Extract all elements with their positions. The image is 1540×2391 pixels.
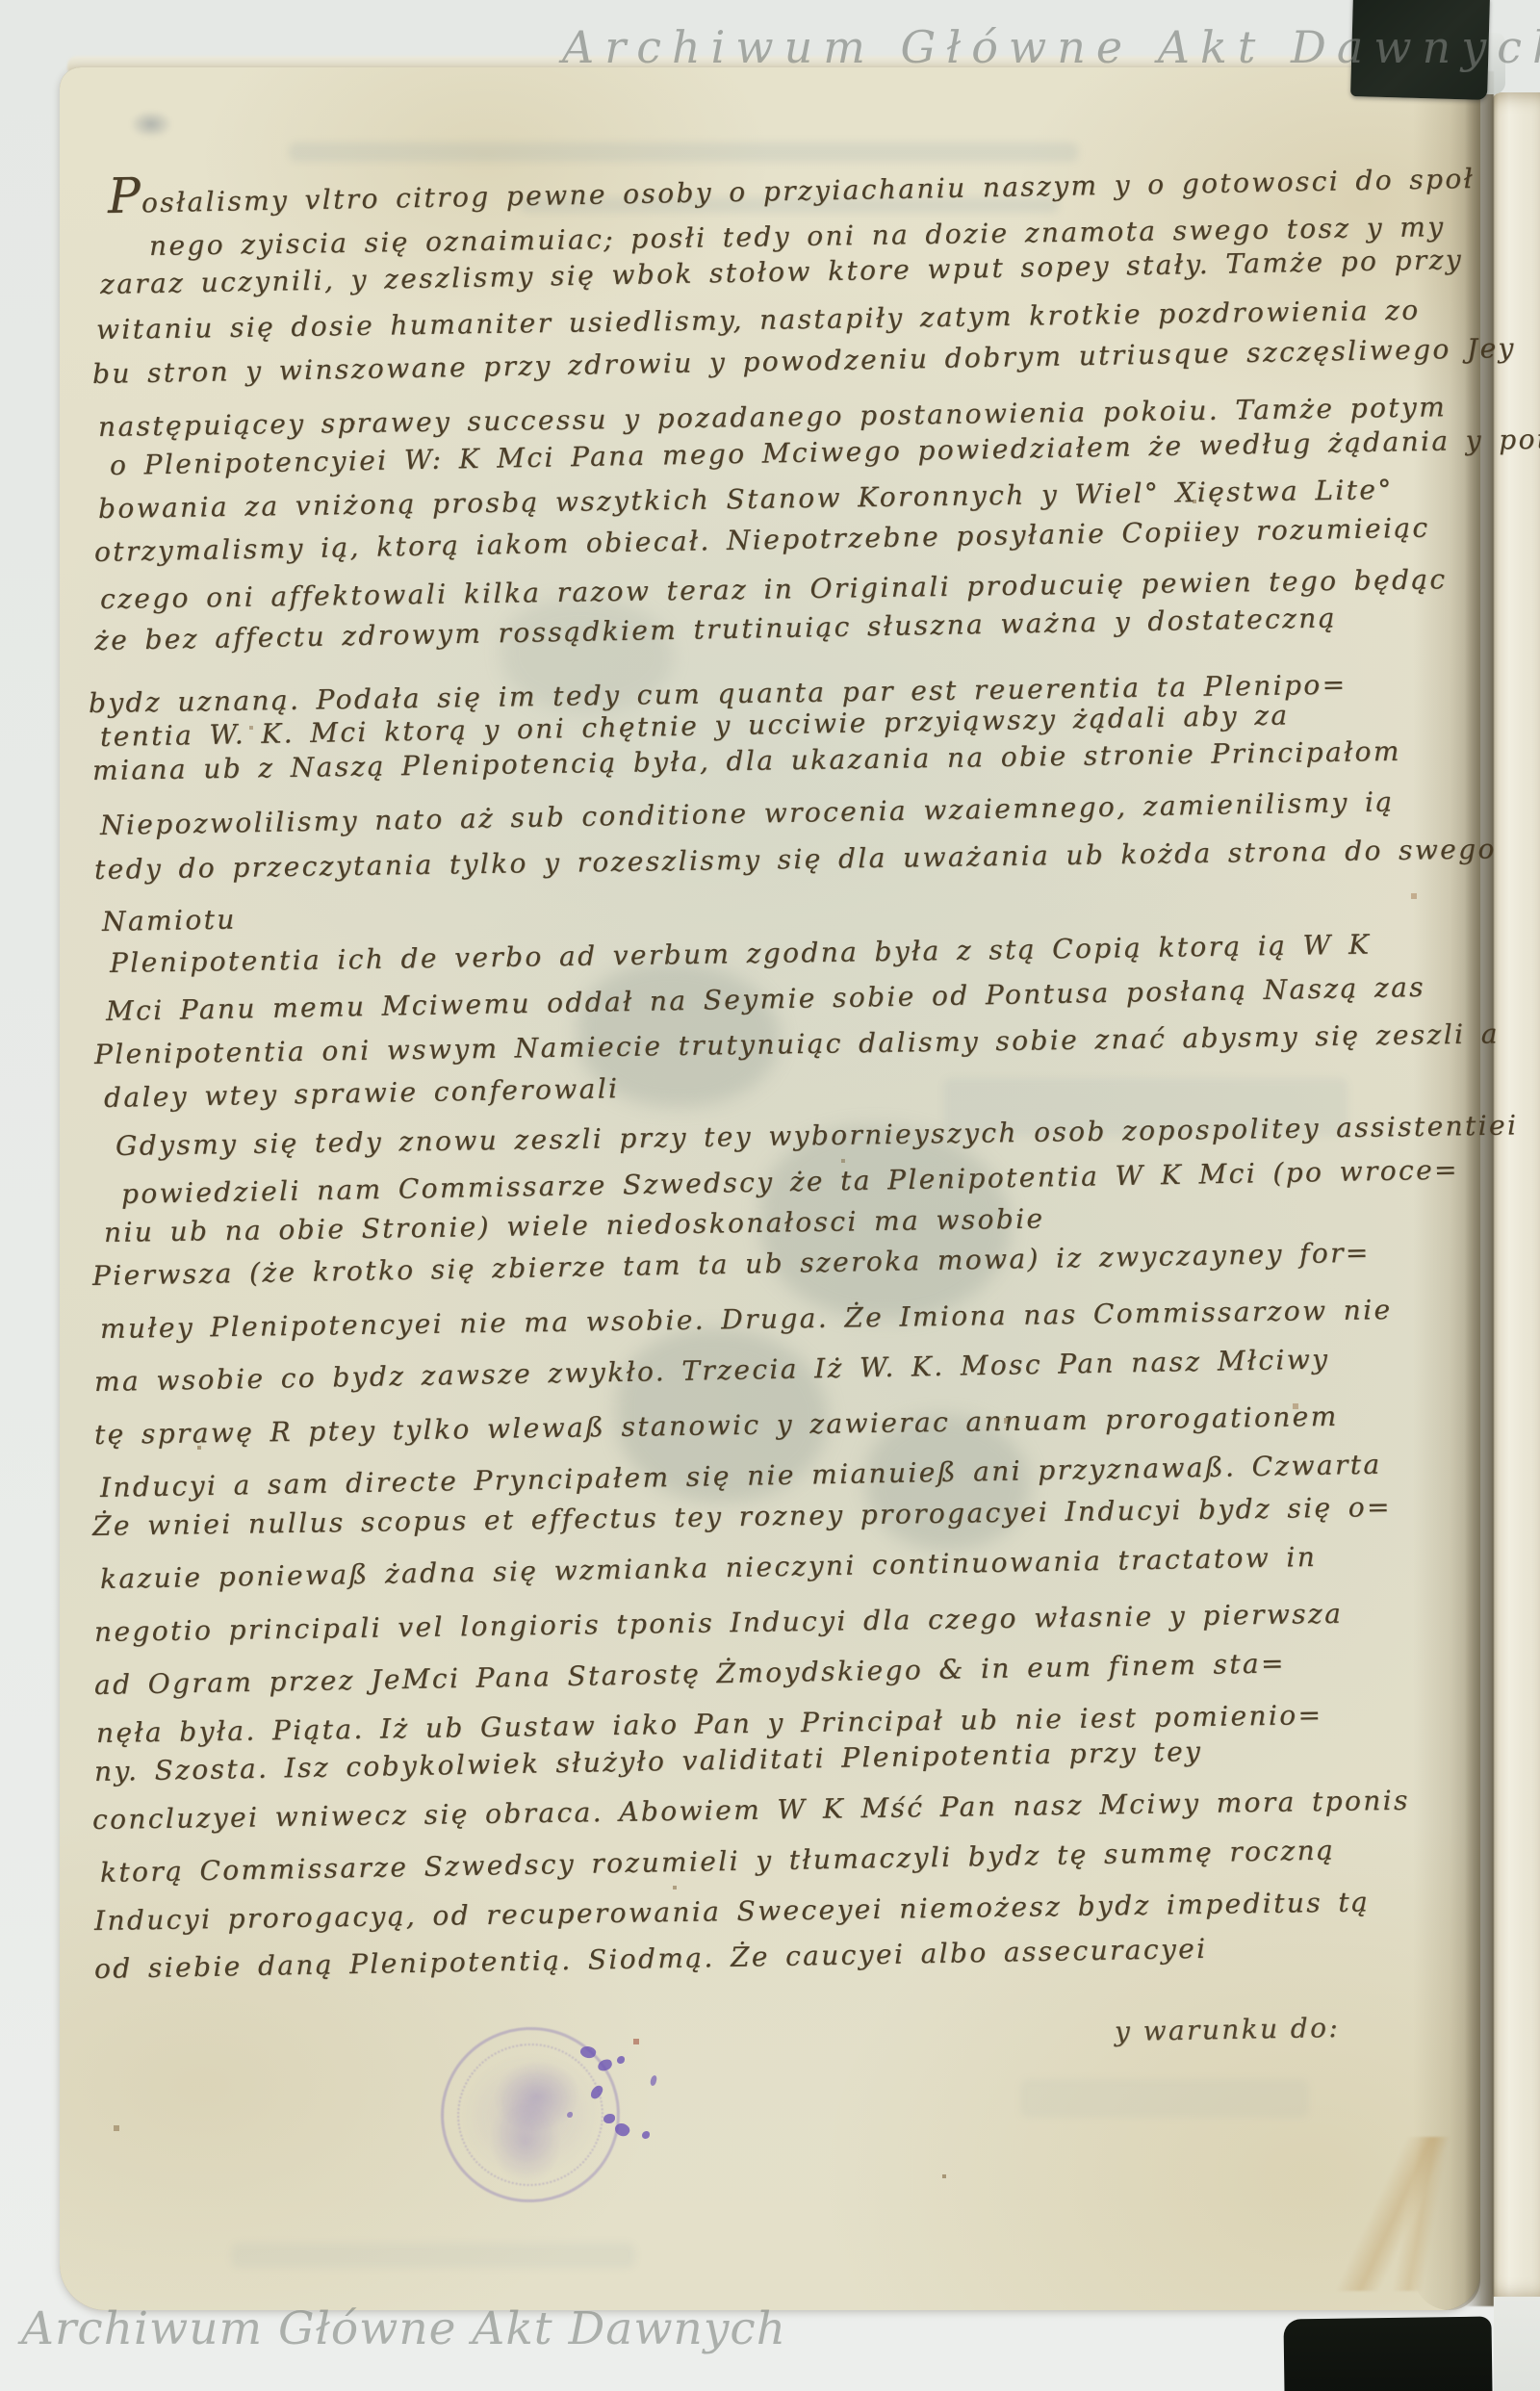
manuscript-line: concluzyei wniwecz się obraca. Abowiem W… xyxy=(92,1785,1410,1836)
manuscript-line: tedy do przeczytania tylko y rozeszlismy… xyxy=(94,833,1497,886)
manuscript-line: niu ub na obie Stronie) wiele niedoskona… xyxy=(104,1203,1045,1248)
manuscript-line: Namiotu xyxy=(102,903,237,938)
manuscript-line: tę sprawę R ptey tylko wlewaß stanowic y… xyxy=(94,1401,1339,1451)
manuscript-line: Posłalismy vltro citrog pewne osoby o pr… xyxy=(108,154,1476,219)
archival-manuscript-scan: Posłalismy vltro citrog pewne osoby o pr… xyxy=(0,0,1540,2391)
manuscript-line: kazuie poniewaß żadna się wzmianka niecz… xyxy=(100,1541,1318,1595)
manuscript-line: Plenipotentia ich de verbo ad verbum zgo… xyxy=(110,929,1372,979)
manuscript-line: ma wsobie co bydz zawsze zwykło. Trzecia… xyxy=(94,1343,1330,1398)
archive-watermark-bottom: Archiwum Główne Akt Dawnych xyxy=(21,2302,786,2355)
manuscript-line: powiedzieli nam Commissarze Szwedscy że … xyxy=(121,1154,1459,1210)
manuscript-line: negotio principali vel longioris tponis … xyxy=(94,1598,1344,1648)
manuscript-line: Mci Panu memu Mciwemu oddał na Seymie so… xyxy=(106,971,1425,1027)
manuscript-line: Gdysmy się tedy znowu zeszli przy tey wy… xyxy=(115,1109,1519,1162)
archive-watermark-top: Archiwum Główne Akt Dawnych xyxy=(562,21,1540,73)
catchword-line: y warunku do: xyxy=(1115,2012,1341,2047)
manuscript-line: ktorą Commissarze Szwedscy rozumieli y t… xyxy=(100,1834,1336,1889)
manuscript-line: Niepozwolilismy nato aż sub conditione w… xyxy=(100,785,1395,841)
manuscript-line: mułey Plenipotencyei nie ma wsobie. Drug… xyxy=(100,1294,1393,1345)
manuscript-line: Plenipotentia oni wswym Namiecie trutynu… xyxy=(94,1017,1500,1070)
manuscript-line: od siebie daną Plenipotentią. Siodmą. Że… xyxy=(94,1933,1208,1985)
manuscript-line: daley wtey sprawie conferowali xyxy=(104,1072,620,1114)
manuscript-line: Inducyi prorogacyą, od recuperowania Swe… xyxy=(94,1886,1371,1937)
manuscript-line: ad Ogram przez JeMci Pana Starostę Żmoyd… xyxy=(94,1647,1286,1701)
